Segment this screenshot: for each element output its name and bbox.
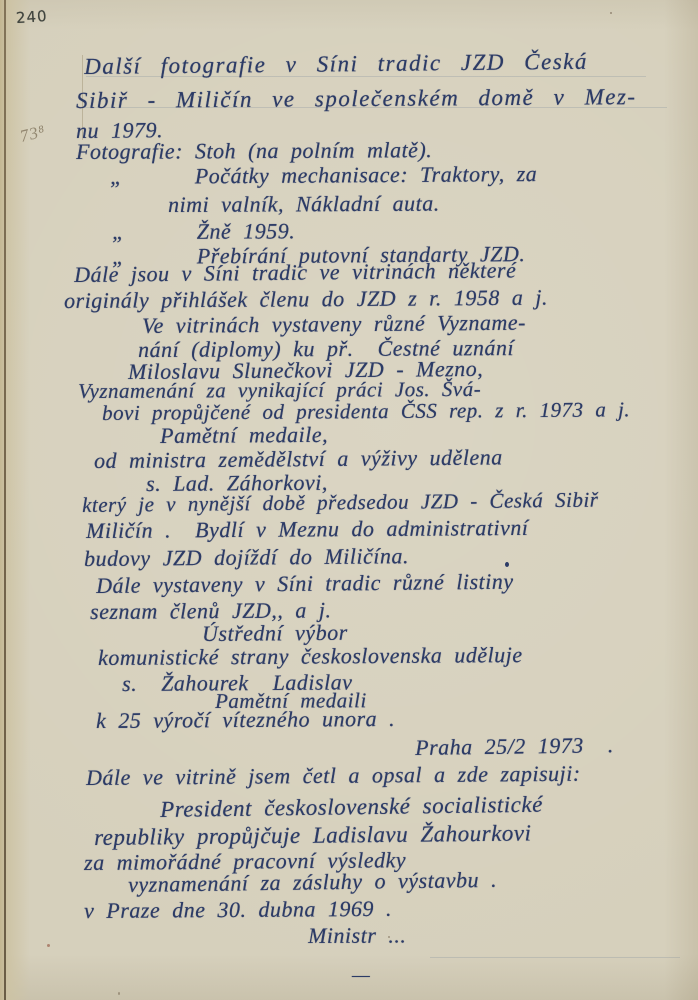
handwritten-line: „ Počátky mechanisace: Traktory, za xyxy=(110,162,537,189)
paper-speck xyxy=(610,12,612,14)
handwritten-line: „ Žně 1959. xyxy=(112,219,295,244)
handwritten-line: Ministr ... xyxy=(308,923,406,948)
handwritten-line: Dále ve vitrině jsem četl a opsal a zde … xyxy=(86,762,581,791)
handwritten-line: bovi propůjčené od presidenta ČSS rep. z… xyxy=(102,398,630,425)
handwritten-line: Další fotografie v Síni tradic JZD Česká xyxy=(84,49,588,80)
handwritten-line: Ve vitrinách vystaveny různé Vyzname- xyxy=(142,311,526,339)
margin-note-pencil: 73⁸ xyxy=(18,121,48,147)
handwritten-line: v Praze dne 30. dubna 1969 . xyxy=(84,897,392,923)
handwritten-line: Ústřední výbor xyxy=(202,621,348,646)
scanned-chronicle-page: 240 73⁸ Další fotografie v Síni tradic J… xyxy=(0,0,698,1000)
ink-blot xyxy=(505,562,509,567)
handwritten-line: který je v nynější době předsedou JZD - … xyxy=(82,489,599,517)
paper-speck xyxy=(388,936,390,938)
handwritten-line: President československé socialistické xyxy=(160,792,543,823)
handwritten-line: Miličín . Bydlí v Meznu do administrativ… xyxy=(86,516,529,543)
handwritten-line: Pamětní medaile, xyxy=(160,423,328,448)
handwritten-line: republiky propůjčuje Ladislavu Žahourkov… xyxy=(94,820,532,850)
handwritten-line: k 25 výročí vítezného unora . xyxy=(96,707,395,733)
handwritten-line: budovy JZD dojíždí do Miličína. xyxy=(84,544,409,571)
handwritten-line: Fotografie: Stoh (na polním mlatě). xyxy=(76,138,432,164)
handwritten-line: nimi valník, Nákladní auta. xyxy=(168,192,440,218)
binding-edge xyxy=(4,0,6,1000)
handwritten-line: Dále jsou v Síni tradic ve vitrinách něk… xyxy=(74,258,516,287)
handwritten-line: Sibiř - Miličín ve společenském domě v M… xyxy=(76,84,637,113)
handwritten-line: originály přihlášek členu do JZD z r. 19… xyxy=(64,286,548,314)
paper-speck xyxy=(47,944,50,947)
handwritten-line: — xyxy=(352,964,370,986)
paper-speck xyxy=(118,992,120,995)
handwritten-line: komunistické strany československa udělu… xyxy=(98,643,523,670)
page-number: 240 xyxy=(15,7,48,27)
handwritten-line: Dále vystaveny v Síni tradic různé listi… xyxy=(96,570,514,599)
handwritten-line: Praha 25/2 1973 . xyxy=(415,733,614,760)
ruled-line xyxy=(430,957,680,958)
handwritten-line: vyznamenání za zásluhy o výstavbu . xyxy=(128,868,497,897)
